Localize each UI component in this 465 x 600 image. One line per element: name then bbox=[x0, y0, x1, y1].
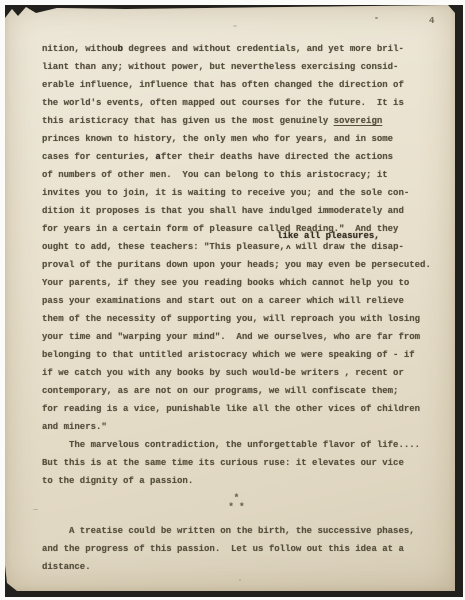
text-line: liant than any; without power, but never… bbox=[42, 58, 431, 76]
text-line: The marvelous contradiction, the unforge… bbox=[42, 436, 431, 454]
text-line: of numbers of other men. You can belong … bbox=[42, 166, 431, 184]
text-line: pass your examinations and start out on … bbox=[42, 292, 431, 310]
text-segment: fter their deaths have directed the acti… bbox=[161, 152, 393, 162]
text-line: A treatise could be written on the birth… bbox=[42, 522, 431, 540]
text-segment: contemporary, as are not on our programs… bbox=[42, 386, 398, 396]
ink-speck bbox=[239, 579, 241, 581]
text-line: proval of the puritans down upon your he… bbox=[42, 256, 431, 274]
insertion-anchor: like all pleasures,^ bbox=[285, 238, 296, 256]
manuscript-page: 4 nition, withoub degrees and without cr… bbox=[5, 5, 455, 591]
text-segment: belonging to that untitled aristocracy w… bbox=[42, 350, 415, 360]
text-segment: Your parents, if they see you reading bo… bbox=[42, 278, 409, 288]
text-segment: liant than any; without power, but never… bbox=[42, 62, 398, 72]
text-segment: erable influence, influence that has oft… bbox=[42, 80, 404, 90]
text-segment: But this is at the same time its curious… bbox=[42, 458, 404, 468]
page-number: 4 bbox=[429, 16, 434, 26]
text-line: contemporary, as are not on our programs… bbox=[42, 382, 431, 400]
text-line: and the progress of this passion. Let us… bbox=[42, 540, 431, 558]
inserted-text: like all pleasures, bbox=[277, 227, 380, 245]
text-segment: this aristicracy that has given us the m… bbox=[42, 116, 334, 126]
text-segment: of numbers of other men. You can belong … bbox=[42, 170, 388, 180]
text-segment: A treatise could be written on the birth… bbox=[42, 526, 415, 536]
text-line: Your parents, if they see you reading bo… bbox=[42, 274, 431, 292]
text-line: But this is at the same time its curious… bbox=[42, 454, 431, 472]
text-line: ought to add, these teachers: "This plea… bbox=[42, 238, 431, 256]
caret-mark: ^ bbox=[286, 246, 291, 254]
text-segment: the world's events, often mapped out cou… bbox=[42, 98, 404, 108]
text-line: belonging to that untitled aristocracy w… bbox=[42, 346, 431, 364]
text-line: if we catch you with any books by such w… bbox=[42, 364, 431, 382]
text-segment: if we catch you with any books by such w… bbox=[42, 368, 404, 378]
page-frame: { "colors":{ "frame":"#fbfbf9", "photo_b… bbox=[0, 0, 465, 600]
underlined-word: sovereign bbox=[334, 116, 383, 126]
text-line: princes known to history, the only men w… bbox=[42, 130, 431, 148]
text-line: to the dignity of a passion. bbox=[42, 472, 431, 490]
text-segment: dition it proposes is that you shall hav… bbox=[42, 206, 404, 216]
text-line: distance. bbox=[42, 558, 431, 576]
text-segment: to the dignity of a passion. bbox=[42, 476, 193, 486]
text-line: for reading is a vice, punishable like a… bbox=[42, 400, 431, 418]
ink-speck bbox=[233, 25, 237, 27]
text-segment: princes known to history, the only men w… bbox=[42, 134, 393, 144]
text-segment: and the progress of this passion. Let us… bbox=[42, 544, 404, 554]
photo-background: 4 nition, withoub degrees and without cr… bbox=[5, 5, 463, 597]
text-line: them of the necessity of supporting you,… bbox=[42, 310, 431, 328]
text-segment: degrees and without credentials, and yet… bbox=[123, 44, 404, 54]
text-segment: nition, withou bbox=[42, 44, 118, 54]
text-line: cases for centuries, after their deaths … bbox=[42, 148, 431, 166]
text-segment: The marvelous contradiction, the unforge… bbox=[42, 440, 420, 450]
text-line: and miners." bbox=[42, 418, 431, 436]
text-line: this aristicracy that has given us the m… bbox=[42, 112, 431, 130]
ink-speck bbox=[375, 17, 378, 19]
typed-text: nition, withoub degrees and without cred… bbox=[42, 40, 431, 576]
text-segment: cases for centuries, bbox=[42, 152, 155, 162]
text-segment: proval of the puritans down upon your he… bbox=[42, 260, 431, 270]
text-segment: them of the necessity of supporting you,… bbox=[42, 314, 420, 324]
text-segment: ought to add, these teachers: "This plea… bbox=[42, 242, 285, 252]
text-line: erable influence, influence that has oft… bbox=[42, 76, 431, 94]
text-segment: for reading is a vice, punishable like a… bbox=[42, 404, 420, 414]
text-line: invites you to join, it is waiting to re… bbox=[42, 184, 431, 202]
text-segment: invites you to join, it is waiting to re… bbox=[42, 188, 409, 198]
text-segment: and miners." bbox=[42, 422, 107, 432]
text-line: dition it proposes is that you shall hav… bbox=[42, 202, 431, 220]
asterisk-section-break: * * bbox=[42, 503, 431, 512]
text-segment: distance. bbox=[42, 562, 91, 572]
text-segment: * * bbox=[228, 502, 244, 512]
text-segment: your time and "warping your mind". And w… bbox=[42, 332, 420, 342]
text-line: your time and "warping your mind". And w… bbox=[42, 328, 431, 346]
text-line: nition, withoub degrees and without cred… bbox=[42, 40, 431, 58]
text-segment: pass your examinations and start out on … bbox=[42, 296, 404, 306]
ink-speck bbox=[33, 509, 38, 510]
text-line: the world's events, often mapped out cou… bbox=[42, 94, 431, 112]
